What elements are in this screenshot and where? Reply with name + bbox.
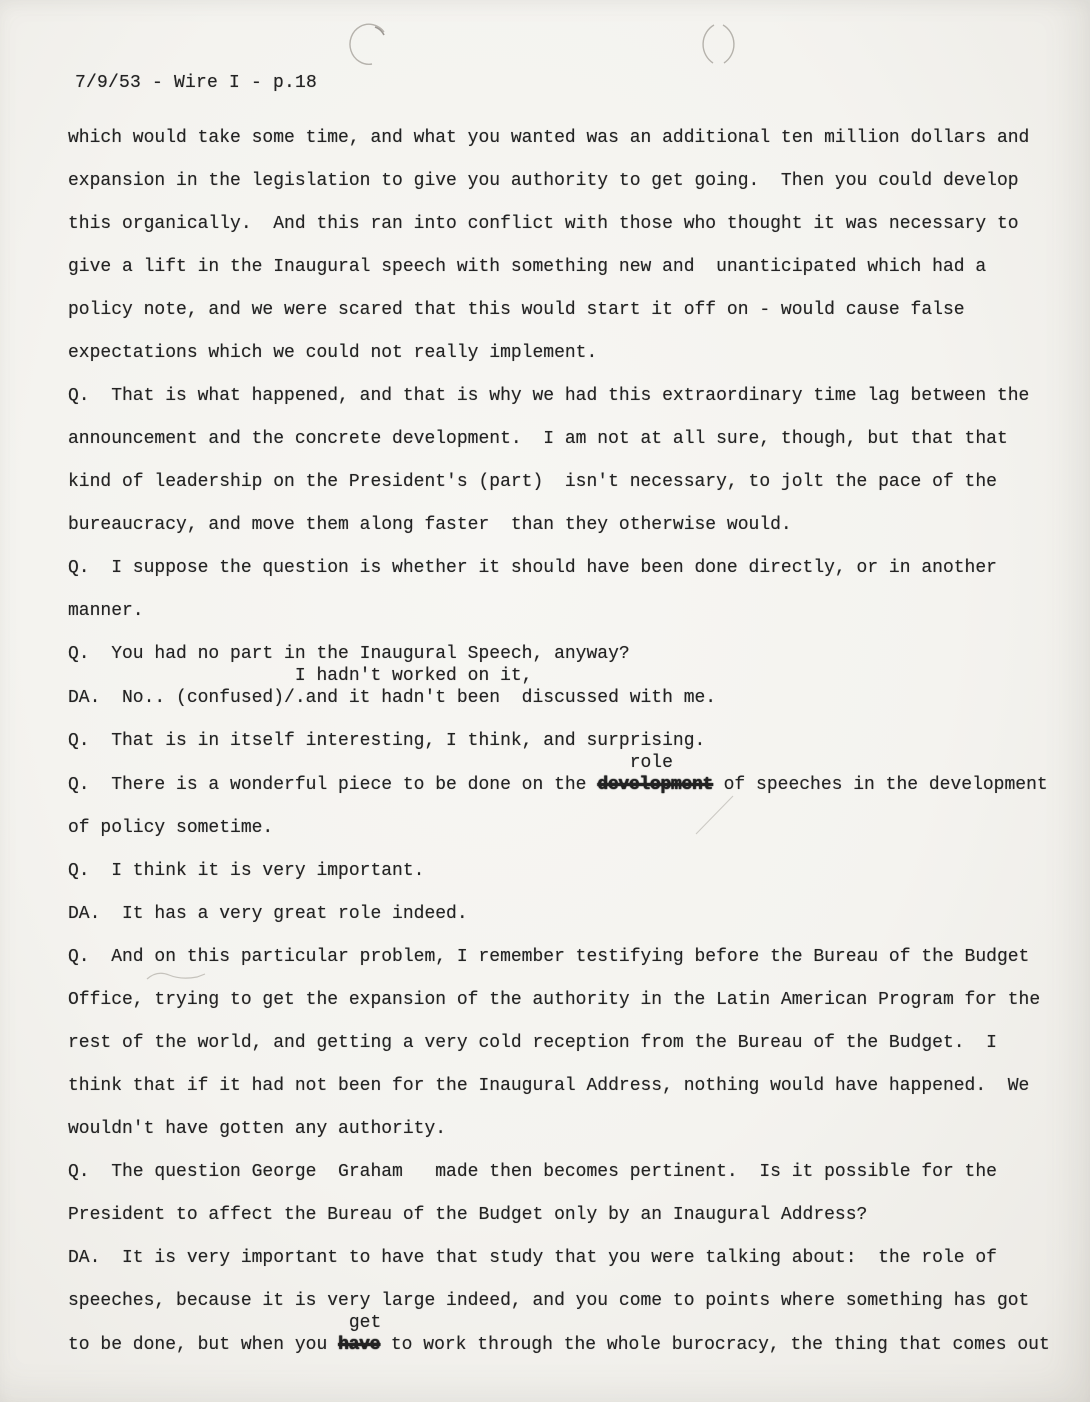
text-segment: to be done, but when you (68, 1335, 338, 1355)
text-line: bureaucracy, and move them along faster … (68, 514, 1058, 536)
text-segment: kind of leadership on the President's (p… (68, 472, 997, 492)
text-line: DA. It is very important to have that st… (68, 1247, 1058, 1269)
text-line: this organically. And this ran into conf… (68, 213, 1058, 235)
text-segment: announcement and the concrete developmen… (68, 429, 1008, 449)
inserted-line: I hadn't worked on it, (68, 665, 1058, 687)
text-line: Office, trying to get the expansion of t… (68, 989, 1058, 1011)
text-segment: give a lift in the Inaugural speech with… (68, 257, 986, 277)
strikethrough-word: development (597, 775, 713, 795)
text-segment: Q. The question George Graham made then … (68, 1162, 997, 1182)
text-segment: Q. That is what happened, and that is wh… (68, 386, 1029, 406)
text-segment: of policy sometime. (68, 818, 273, 838)
text-line: Q. The question George Graham made then … (68, 1161, 1058, 1183)
text-line: kind of leadership on the President's (p… (68, 471, 1058, 493)
text-segment: expansion in the legislation to give you… (68, 171, 1019, 191)
pen-mark-left-tick (375, 27, 384, 35)
text-segment: expectations which we could not really i… (68, 343, 597, 363)
text-line: policy note, and we were scared that thi… (68, 299, 1058, 321)
text-line: Q. That is what happened, and that is wh… (68, 385, 1058, 407)
text-line: expansion in the legislation to give you… (68, 170, 1058, 192)
text-line: speeches, because it is very large indee… (68, 1290, 1058, 1312)
pen-mark-left (350, 24, 384, 64)
strikethrough-word: have (338, 1335, 380, 1355)
page-header: 7/9/53 - Wire I - p.18 (75, 72, 317, 94)
text-segment: President to affect the Bureau of the Bu… (68, 1205, 867, 1225)
text-line: Q. I think it is very important. (68, 860, 1058, 882)
text-line: wouldn't have gotten any authority. (68, 1118, 1058, 1140)
text-segment: Q. And on this particular problem, I rem… (68, 947, 1029, 967)
pen-mark-right-open (703, 25, 714, 63)
text-segment: DA. It has a very great role indeed. (68, 904, 468, 924)
text-line: manner. (68, 600, 1058, 622)
text-line: Q. That is in itself interesting, I thin… (68, 730, 1058, 752)
scanned-page: 7/9/53 - Wire I - p.18 which would take … (0, 0, 1090, 1402)
text-segment: role (68, 753, 673, 773)
text-segment: manner. (68, 601, 144, 621)
text-line: to be done, but when you have to work th… (68, 1334, 1058, 1356)
text-line: Q. And on this particular problem, I rem… (68, 946, 1058, 968)
text-segment: wouldn't have gotten any authority. (68, 1119, 446, 1139)
text-line: DA. It has a very great role indeed. (68, 903, 1058, 925)
text-segment: I hadn't worked on it, (68, 666, 532, 686)
text-segment: DA. No.. (confused)/.and it hadn't been … (68, 688, 716, 708)
typed-text: which would take some time, and what you… (68, 127, 1058, 1377)
text-segment: rest of the world, and getting a very co… (68, 1033, 997, 1053)
text-segment: Q. I think it is very important. (68, 861, 424, 881)
text-line: expectations which we could not really i… (68, 342, 1058, 364)
text-line: give a lift in the Inaugural speech with… (68, 256, 1058, 278)
text-segment: of speeches in the development (713, 775, 1048, 795)
text-line: think that if it had not been for the In… (68, 1075, 1058, 1097)
text-line: announcement and the concrete developmen… (68, 428, 1058, 450)
text-segment: Q. There is a wonderful piece to be done… (68, 775, 597, 795)
text-line: Q. I suppose the question is whether it … (68, 557, 1058, 579)
text-segment: bureaucracy, and move them along faster … (68, 515, 792, 535)
text-segment: this organically. And this ran into conf… (68, 214, 1019, 234)
text-segment: Q. You had no part in the Inaugural Spee… (68, 644, 630, 664)
text-segment: speeches, because it is very large indee… (68, 1291, 1029, 1311)
text-segment: to work through the whole burocracy, the… (380, 1335, 1050, 1355)
text-segment: Office, trying to get the expansion of t… (68, 990, 1040, 1010)
text-line: Q. You had no part in the Inaugural Spee… (68, 643, 1058, 665)
text-line: Q. There is a wonderful piece to be done… (68, 774, 1058, 796)
text-segment: think that if it had not been for the In… (68, 1076, 1029, 1096)
text-segment: policy note, and we were scared that thi… (68, 300, 965, 320)
text-segment: Q. I suppose the question is whether it … (68, 558, 997, 578)
text-segment: Q. That is in itself interesting, I thin… (68, 731, 705, 751)
inserted-line: role (68, 752, 1058, 774)
text-segment: get (68, 1313, 381, 1333)
text-segment: which would take some time, and what you… (68, 128, 1029, 148)
text-line: which would take some time, and what you… (68, 127, 1058, 149)
text-line: DA. No.. (confused)/.and it hadn't been … (68, 687, 1058, 709)
text-line: President to affect the Bureau of the Bu… (68, 1204, 1058, 1226)
pen-mark-right-close (723, 25, 734, 63)
text-segment: DA. It is very important to have that st… (68, 1248, 997, 1268)
inserted-line: get (68, 1312, 1058, 1334)
text-line: of policy sometime. (68, 817, 1058, 839)
text-line: rest of the world, and getting a very co… (68, 1032, 1058, 1054)
